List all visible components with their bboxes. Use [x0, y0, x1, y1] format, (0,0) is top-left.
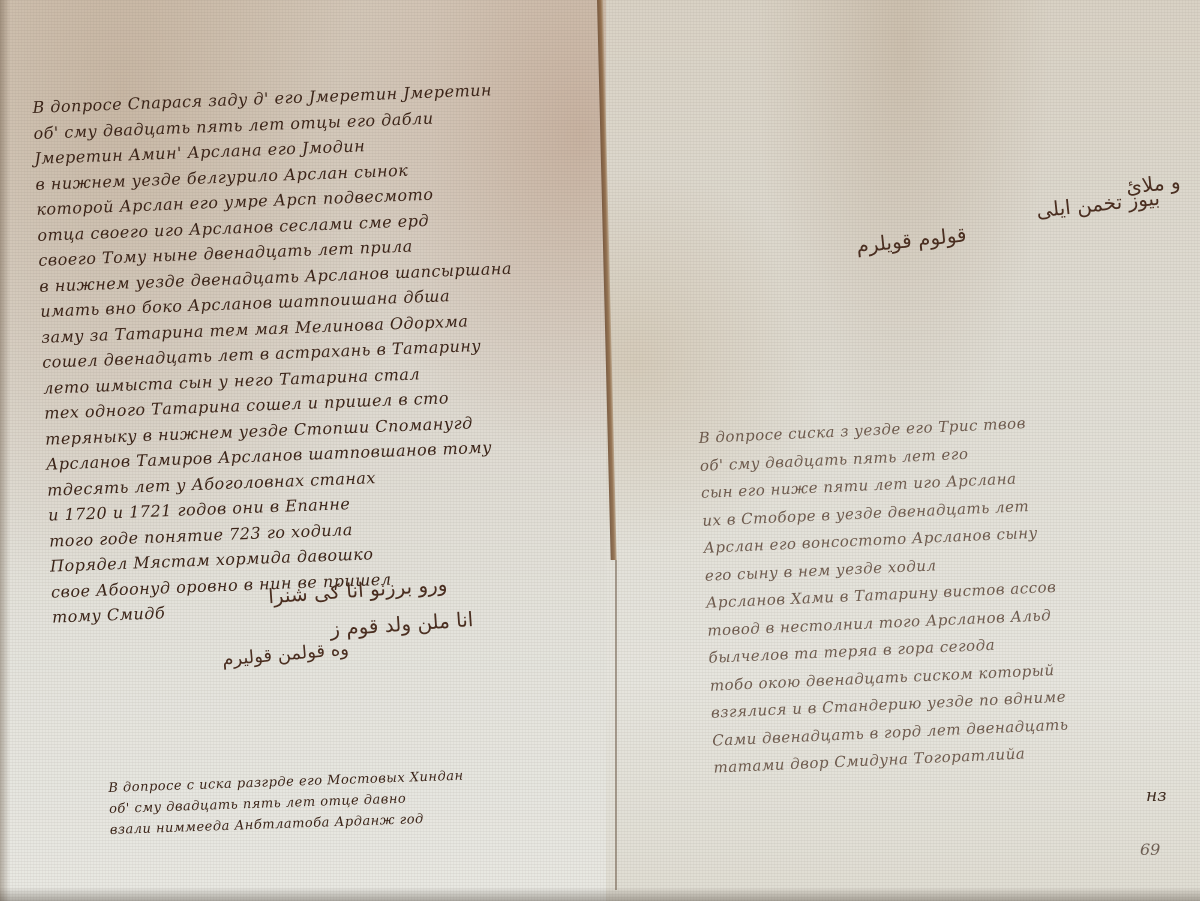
folio-mark: нз — [1146, 786, 1166, 806]
left-page-bottom-entry: В допросе с иска разгрде его Мостовых Хи… — [108, 766, 465, 841]
left-page: В допросе Спарася заду д' его Jмеретин J… — [0, 0, 612, 901]
page-edge-shadow — [0, 0, 10, 901]
arabic-annotation: وه قولمن قوليرم — [221, 639, 349, 671]
right-page-middle-entry: В допросе сиска з уезде его Трис твов об… — [698, 409, 1070, 782]
page-bottom-shadow — [0, 887, 1200, 901]
right-page: в нижнем уезде двенадцать шатпоишана и в… — [606, 0, 1200, 901]
manuscript-spread: В допросе Спарася заду д' его Jмеретин J… — [0, 0, 1200, 901]
page-number: 69 — [1140, 840, 1160, 859]
arabic-annotation: بیوز تخمن ایلی — [1035, 186, 1161, 223]
book-gutter-line — [615, 560, 617, 890]
arabic-annotation: قولوم قویلرم — [855, 222, 967, 257]
left-page-main-text: В допросе Спарася заду д' его Jмеретин J… — [32, 77, 525, 630]
